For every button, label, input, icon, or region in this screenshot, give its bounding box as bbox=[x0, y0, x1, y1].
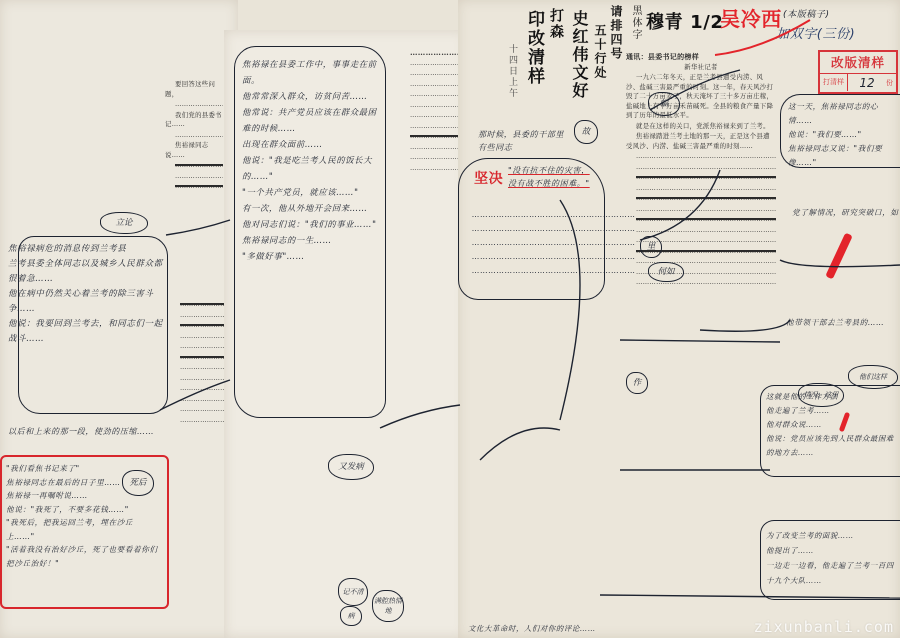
red-box-line: "活着我没有治好沙丘，死了也要看着你们把沙丘治好！" bbox=[6, 543, 161, 570]
stamp-sub: 打清样 12 份 bbox=[820, 74, 896, 91]
top-right-note: 加双字(三份) bbox=[776, 28, 855, 42]
insert-line: 焦裕禄在县委工作中，事事走在前面。 bbox=[242, 56, 384, 88]
red-insert-label: 坚决 bbox=[474, 172, 503, 186]
red-signature: 吴冷西 bbox=[720, 12, 782, 26]
insert-line: 他常说：共产党员应该在群众最困难的时候…… bbox=[242, 104, 384, 136]
margin-note: 党了解情况，研究突破口，如 bbox=[792, 206, 899, 220]
instruction-vertical: 五十行处 bbox=[592, 24, 609, 94]
insert-line: "多做好事"…… bbox=[242, 248, 384, 264]
bubble-note: 故 bbox=[574, 120, 598, 144]
article-headline: 通讯：县委书记的榜样 bbox=[626, 52, 776, 62]
margin-line: 这一天，焦裕禄同志的心情…… bbox=[788, 100, 898, 128]
print-text: 焦裕禄同志说…… bbox=[165, 141, 223, 160]
quote-line: "没有抗不住的灾害， bbox=[508, 164, 590, 177]
quote-line: 没有战不胜的困难。" bbox=[508, 177, 590, 190]
margin-line: 他说："我们要……" bbox=[788, 128, 898, 142]
margin-insert: 这一天，焦裕禄同志的心情…… 他说："我们要……" 焦裕禄同志又说："我们要像…… bbox=[788, 100, 898, 170]
article-byline: 新华社记者 bbox=[626, 63, 776, 73]
margin-line: 他提出了…… bbox=[766, 543, 900, 558]
margin-line: 一边走一边看，他走遍了兰考一百四十九个大队…… bbox=[766, 558, 900, 588]
bubble-note: 里 bbox=[640, 236, 662, 258]
margin-line: 为了改变兰考的面貌…… bbox=[766, 528, 900, 543]
bubble-note: 何如 bbox=[648, 262, 684, 282]
bubble-note: 立论 bbox=[100, 212, 148, 234]
margin-line: 他对群众说…… bbox=[766, 418, 900, 432]
watermark: zixunbanli.com bbox=[754, 618, 894, 636]
bubble-note: 病 bbox=[340, 606, 362, 626]
revision-stamp: 改版清样 打清样 12 份 bbox=[818, 50, 898, 94]
stamp-label: 打清样 bbox=[820, 74, 848, 91]
bubble-note: 幅 bbox=[648, 92, 680, 116]
margin-insert: 这就是他的工作方法 他走遍了兰考…… 他对群众说…… 他说：党员应该先到人民群众… bbox=[766, 390, 900, 460]
insert-line: 他在病中仍然关心着兰考的除三害斗争…… bbox=[8, 287, 168, 317]
insert-line: 他常常深入群众，访贫问苦…… bbox=[242, 88, 384, 104]
instruction-vertical: 史红伟文好 bbox=[568, 10, 591, 110]
stamp-title: 改版清样 bbox=[820, 52, 896, 74]
margin-line: 他走遍了兰考…… bbox=[766, 404, 900, 418]
article-paragraph: 就是在这样的关口，党派焦裕禄来到了兰考。 bbox=[626, 122, 776, 132]
bubble-note: 满腔热情地 bbox=[372, 590, 404, 622]
insert-line: 兰考县委全体同志以及城乡人民群众都很着急…… bbox=[8, 257, 168, 287]
insert-line: 出现在群众面前…… bbox=[242, 136, 384, 152]
stamp-unit: 份 bbox=[886, 78, 896, 88]
margin-insert: 为了改变兰考的面貌…… 他提出了…… 一边走一边看，他走遍了兰考一百四十九个大队… bbox=[766, 528, 900, 588]
insert-line: 焦裕禄同志的一生…… bbox=[242, 232, 384, 248]
bubble-note: 死后 bbox=[122, 470, 154, 496]
insert-line: 有一次，他从外地开会回来…… bbox=[242, 200, 384, 216]
left-proof-sheet: 要回答这些问题， …………………………………………………………………………………… bbox=[0, 0, 238, 638]
insert-line: "一个共产党员，就应该……" bbox=[242, 184, 384, 200]
instruction-vertical: 请排四号 bbox=[608, 5, 625, 75]
bubble-note: 又发病 bbox=[328, 454, 374, 480]
editor-signature: 穆青 1/2 bbox=[646, 16, 724, 30]
handwritten-insert: …………………………………………………… …………………………………………………… bbox=[472, 208, 602, 278]
insert-line: 他说：我要回到兰考去，和同志们一起战斗…… bbox=[8, 317, 168, 347]
middle-proof-sheet: 焦裕禄在县委工作中，事事走在前面。 他常常深入群众，访贫问苦…… 他常说：共产党… bbox=[224, 30, 466, 638]
left-print-column-lower: ……………………………………… ………………………………………… …………………… bbox=[170, 300, 230, 630]
right-proof-sheet: 印改清样 打森 史红伟文好 五十行处 请排四号 黑体字 十四日上午 穆青 1/2… bbox=[458, 0, 900, 638]
left-print-column: 要回答这些问题， …………………………………………………………………………………… bbox=[165, 80, 223, 320]
margin-note: 他带领干部去兰考县的…… bbox=[786, 316, 884, 330]
middle-print-column: …………………………… …………………………………………………………………………… bbox=[400, 48, 460, 638]
red-box-line: 他说："我死了，不要多花钱……" bbox=[6, 503, 161, 517]
handwritten-bottom-note: 以后和上来的那一段，使劲的压缩…… bbox=[8, 425, 168, 439]
note-line: 有些同志 bbox=[478, 141, 564, 154]
stamp-copies: 12 bbox=[848, 76, 886, 90]
print-text: 要回答这些问题， bbox=[165, 80, 223, 99]
handwritten-insert: 焦裕禄病危的消息传到兰考县 兰考县委全体同志以及城乡人民群众都很着急…… 他在病… bbox=[8, 242, 168, 347]
bottom-strip-note: 文化大革命时，人们对你的评论…… bbox=[468, 622, 596, 636]
bubble-note: 记不清 bbox=[338, 578, 368, 606]
bubble-note: 作 bbox=[626, 372, 648, 394]
insert-line: 焦裕禄病危的消息传到兰考县 bbox=[8, 242, 168, 257]
red-box-line: "我死后，把我运回兰考，埋在沙丘上……" bbox=[6, 516, 161, 543]
insert-line: 他说："我是吃兰考人民的饭长大的……" bbox=[242, 152, 384, 184]
main-article-column: 通讯：县委书记的榜样 新华社记者 一九六二年冬天，正是兰考县遭受内涝、风沙、盐碱… bbox=[626, 52, 776, 612]
handwritten-insert: 焦裕禄在县委工作中，事事走在前面。 他常常深入群众，访贫问苦…… 他常说：共产党… bbox=[242, 56, 384, 264]
handwritten-note: 那时候，县委的干部里 有些同志 bbox=[478, 128, 564, 154]
note-line: 那时候，县委的干部里 bbox=[478, 128, 564, 141]
print-text: 我们党的县委书记…… bbox=[165, 111, 223, 130]
date-note: 十四日上午 bbox=[506, 44, 519, 114]
insert-line: 他对同志们说："我们的事业……" bbox=[242, 216, 384, 232]
top-right-note: (本版稿子) bbox=[783, 8, 830, 22]
margin-line: 这就是他的工作方法 bbox=[766, 390, 900, 404]
instruction-vertical: 打森 bbox=[546, 8, 566, 78]
article-paragraph: 焦裕禄踏进兰考土地的那一天，正是这个县遭受风沙、内涝、盐碱三害最严重的时刻…… bbox=[626, 132, 776, 151]
instruction-vertical: 印改清样 bbox=[522, 10, 547, 130]
red-insert-quote: "没有抗不住的灾害， 没有战不胜的困难。" bbox=[508, 164, 590, 190]
margin-line: 焦裕禄同志又说："我们要像……" bbox=[788, 142, 898, 170]
margin-line: 他说：党员应该先到人民群众最困难的地方去…… bbox=[766, 432, 900, 460]
